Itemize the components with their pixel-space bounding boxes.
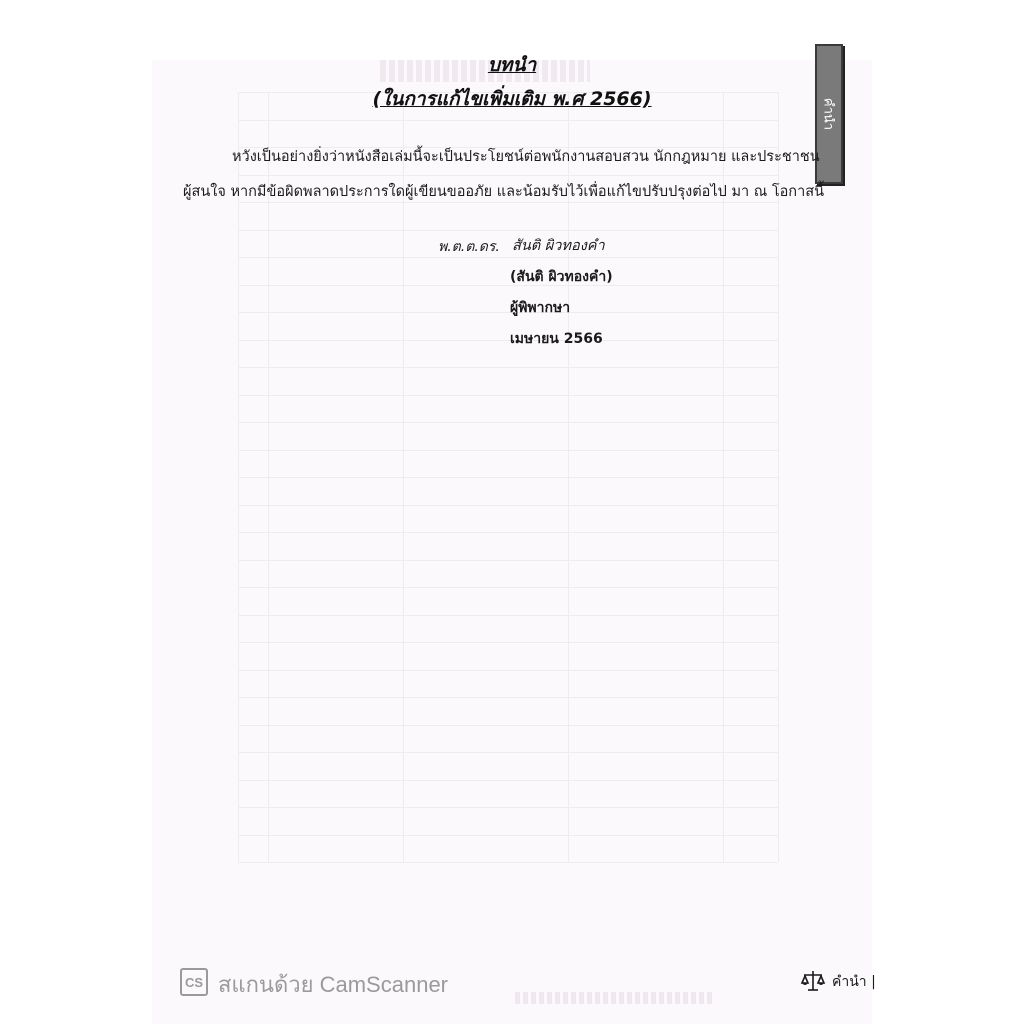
bleed-through-table — [238, 92, 778, 862]
bleed-row — [238, 395, 778, 396]
bleed-row — [238, 257, 778, 258]
bleed-row — [238, 780, 778, 781]
bleed-row — [238, 422, 778, 423]
bleed-row — [238, 835, 778, 836]
section-tab-label: คำนำ — [819, 98, 840, 130]
bleed-row — [238, 615, 778, 616]
bleed-row — [238, 642, 778, 643]
signature-printed-name: (สันติ ผิวทองคำ) — [510, 266, 613, 288]
page-title: บทนำ — [0, 50, 1024, 80]
bleed-row — [238, 450, 778, 451]
signature-handwritten: สันติ ผิวทองคำ — [512, 234, 605, 257]
bleed-row — [238, 312, 778, 313]
bleed-col — [778, 92, 779, 862]
bleed-row — [238, 807, 778, 808]
footer-section-label: คำนำ | — [832, 971, 876, 993]
paragraph-line-2: ผู้สนใจ หากมีข้อผิดพลาดประการใดผู้เขียนข… — [183, 180, 824, 203]
bleed-row — [238, 862, 778, 863]
bleed-col — [268, 92, 269, 862]
signature-rank: พ.ต.ต.ดร. — [438, 236, 500, 258]
bleed-row — [238, 367, 778, 368]
bleed-row — [238, 697, 778, 698]
paragraph-line-1: หวังเป็นอย่างยิ่งว่าหนังสือเล่มนี้จะเป็น… — [232, 145, 820, 168]
bleed-row — [238, 752, 778, 753]
camscanner-logo-icon: CS — [180, 968, 208, 996]
bleed-row — [238, 532, 778, 533]
camscanner-watermark: สแกนด้วย CamScanner — [218, 967, 448, 1002]
bleed-row — [238, 587, 778, 588]
bleed-row — [238, 175, 778, 176]
bleed-row — [238, 670, 778, 671]
bleed-col — [403, 92, 404, 862]
bleed-col — [568, 92, 569, 862]
bleed-row — [238, 505, 778, 506]
bleed-row — [238, 120, 778, 121]
page-subtitle: (ในการแก้ไขเพิ่มเติม พ.ศ 2566) — [0, 84, 1024, 114]
bleed-row — [238, 560, 778, 561]
bleed-col — [238, 92, 239, 862]
bleed-row — [238, 285, 778, 286]
bleed-col — [723, 92, 724, 862]
bleed-row — [238, 340, 778, 341]
signature-position: ผู้พิพากษา — [510, 297, 570, 319]
scales-of-justice-icon — [800, 968, 826, 994]
bleed-row — [238, 725, 778, 726]
bleed-row — [238, 477, 778, 478]
signature-date: เมษายน 2566 — [510, 328, 603, 350]
bleed-row — [238, 230, 778, 231]
bleed-through-footer — [515, 992, 715, 1004]
